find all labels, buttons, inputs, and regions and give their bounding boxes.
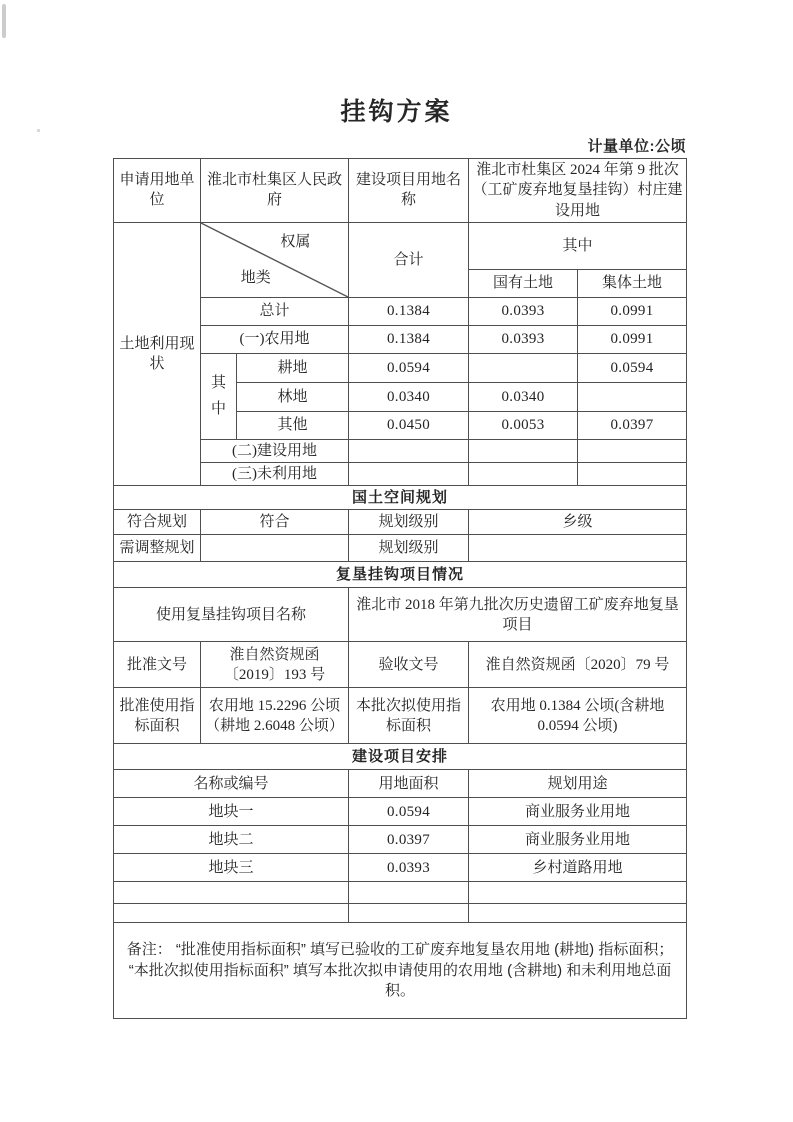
col-header-parcel-area: 用地面积 bbox=[349, 770, 469, 798]
value-total-state: 0.0393 bbox=[469, 297, 578, 325]
row-label-total: 总计 bbox=[201, 297, 349, 325]
col-header-total: 合计 bbox=[349, 222, 469, 297]
batch-area-value: 农用地 0.1384 公顷(含耕地 0.0594 公顷) bbox=[469, 688, 687, 744]
batch-area-label: 本批次拟使用指标面积 bbox=[349, 688, 469, 744]
project-name-value: 淮北市杜集区 2024 年第 9 批次（工矿废弃地复垦挂钩）村庄建设用地 bbox=[469, 159, 687, 223]
value-plan-level-2 bbox=[469, 535, 687, 562]
table-row: 地块一 0.0594 商业服务业用地 bbox=[114, 798, 687, 826]
table-row: 建设项目安排 bbox=[114, 744, 687, 770]
approved-area-value: 农用地 15.2296 公顷（耕地 2.6048 公顷） bbox=[201, 688, 349, 744]
project-name-label: 建设项目用地名称 bbox=[349, 159, 469, 223]
row-label-forest: 林地 bbox=[237, 382, 349, 411]
label-plan-level-1: 规划级别 bbox=[349, 510, 469, 535]
row-label-needs-adjustment: 需调整规划 bbox=[114, 535, 201, 562]
row-label-construction-land: (二)建设用地 bbox=[201, 439, 349, 462]
diagonal-label-ownership: 权属 bbox=[280, 232, 310, 252]
col-header-parcel-use: 规划用途 bbox=[469, 770, 687, 798]
parcel-2-use: 商业服务业用地 bbox=[469, 826, 687, 854]
table-row: 复垦挂钩项目情况 bbox=[114, 562, 687, 588]
land-use-section-label: 土地利用现状 bbox=[114, 222, 201, 486]
measurement-unit-note: 计量单位:公顷 bbox=[113, 135, 686, 156]
value-unused-sum bbox=[349, 463, 469, 486]
parcel-4-area bbox=[349, 882, 469, 904]
linkage-plan-table: 申请用地单位 淮北市杜集区人民政府 建设项目用地名称 淮北市杜集区 2024 年… bbox=[113, 158, 687, 1019]
applicant-value: 淮北市杜集区人民政府 bbox=[201, 159, 349, 223]
table-row bbox=[114, 882, 687, 904]
scan-artifact bbox=[37, 129, 40, 132]
parcel-2-area: 0.0397 bbox=[349, 826, 469, 854]
value-other-sum: 0.0450 bbox=[349, 411, 469, 439]
value-cultivated-state bbox=[469, 353, 578, 382]
row-label-unused-land: (三)未利用地 bbox=[201, 463, 349, 486]
label-plan-level-2: 规划级别 bbox=[349, 535, 469, 562]
section-title-spatial-planning: 国土空间规划 bbox=[114, 486, 687, 510]
parcel-4-name bbox=[114, 882, 349, 904]
row-label-other: 其他 bbox=[237, 411, 349, 439]
col-header-state-land: 国有土地 bbox=[469, 269, 578, 297]
value-unused-collective bbox=[578, 463, 687, 486]
remark-note: 备注： “批准使用指标面积” 填写已验收的工矿废弃地复垦农用地 (耕地) 指标面… bbox=[114, 923, 687, 1019]
scanned-document-page: 挂钩方案 计量单位:公顷 申请用地单位 淮北市杜集区人民政府 建设项目用地名称 … bbox=[0, 0, 793, 1122]
value-cultivated-collective: 0.0594 bbox=[578, 353, 687, 382]
table-row bbox=[114, 904, 687, 923]
value-agri-collective: 0.0991 bbox=[578, 325, 687, 353]
reclamation-project-name-value: 淮北市 2018 年第九批次历史遗留工矿废弃地复垦项目 bbox=[349, 588, 687, 642]
value-agri-sum: 0.1384 bbox=[349, 325, 469, 353]
table-row: 地块二 0.0397 商业服务业用地 bbox=[114, 826, 687, 854]
col-header-collective-land: 集体土地 bbox=[578, 269, 687, 297]
parcel-1-use: 商业服务业用地 bbox=[469, 798, 687, 826]
table-row: 使用复垦挂钩项目名称 淮北市 2018 年第九批次历史遗留工矿废弃地复垦项目 bbox=[114, 588, 687, 642]
value-conforms: 符合 bbox=[201, 510, 349, 535]
table-row: 土地利用现状 权属 地类 合计 其中 bbox=[114, 222, 687, 269]
value-construction-state bbox=[469, 439, 578, 462]
table-row: 地块三 0.0393 乡村道路用地 bbox=[114, 854, 687, 882]
col-header-among: 其中 bbox=[469, 222, 687, 269]
value-needs-adjustment bbox=[201, 535, 349, 562]
value-other-collective: 0.0397 bbox=[578, 411, 687, 439]
parcel-1-area: 0.0594 bbox=[349, 798, 469, 826]
scan-artifact bbox=[2, 4, 6, 38]
value-forest-sum: 0.0340 bbox=[349, 382, 469, 411]
parcel-1-name: 地块一 bbox=[114, 798, 349, 826]
table-row: 批准文号 淮自然资规函〔2019〕193 号 验收文号 淮自然资规函〔2020〕… bbox=[114, 642, 687, 688]
parcel-5-name bbox=[114, 904, 349, 923]
value-total-collective: 0.0991 bbox=[578, 297, 687, 325]
table-row: 名称或编号 用地面积 规划用途 bbox=[114, 770, 687, 798]
col-header-parcel-name: 名称或编号 bbox=[114, 770, 349, 798]
approval-doc-value: 淮自然资规函〔2019〕193 号 bbox=[201, 642, 349, 688]
row-label-conforms: 符合规划 bbox=[114, 510, 201, 535]
section-title-construction: 建设项目安排 bbox=[114, 744, 687, 770]
table-row: 国土空间规划 bbox=[114, 486, 687, 510]
page-title: 挂钩方案 bbox=[0, 92, 793, 128]
value-construction-sum bbox=[349, 439, 469, 462]
parcel-3-name: 地块三 bbox=[114, 854, 349, 882]
row-label-agricultural: (一)农用地 bbox=[201, 325, 349, 353]
parcel-5-area bbox=[349, 904, 469, 923]
value-forest-state: 0.0340 bbox=[469, 382, 578, 411]
table-row: 批准使用指标面积 农用地 15.2296 公顷（耕地 2.6048 公顷） 本批… bbox=[114, 688, 687, 744]
parcel-2-name: 地块二 bbox=[114, 826, 349, 854]
reclamation-project-name-label: 使用复垦挂钩项目名称 bbox=[114, 588, 349, 642]
parcel-5-use bbox=[469, 904, 687, 923]
value-forest-collective bbox=[578, 382, 687, 411]
parcel-3-area: 0.0393 bbox=[349, 854, 469, 882]
applicant-label: 申请用地单位 bbox=[114, 159, 201, 223]
diagonal-header-cell: 权属 地类 bbox=[201, 222, 349, 297]
value-unused-state bbox=[469, 463, 578, 486]
diagonal-line bbox=[201, 223, 348, 297]
row-label-cultivated: 耕地 bbox=[237, 353, 349, 382]
parcel-3-use: 乡村道路用地 bbox=[469, 854, 687, 882]
approved-area-label: 批准使用指标面积 bbox=[114, 688, 201, 744]
value-other-state: 0.0053 bbox=[469, 411, 578, 439]
diagonal-label-landtype: 地类 bbox=[241, 268, 271, 288]
value-plan-level-1: 乡级 bbox=[469, 510, 687, 535]
table-row: 符合规划 符合 规划级别 乡级 bbox=[114, 510, 687, 535]
value-total-sum: 0.1384 bbox=[349, 297, 469, 325]
section-title-reclamation: 复垦挂钩项目情况 bbox=[114, 562, 687, 588]
value-cultivated-sum: 0.0594 bbox=[349, 353, 469, 382]
parcel-4-use bbox=[469, 882, 687, 904]
among-vertical-label: 其中 bbox=[201, 353, 237, 439]
table-row: 需调整规划 规划级别 bbox=[114, 535, 687, 562]
value-agri-state: 0.0393 bbox=[469, 325, 578, 353]
table-row: 申请用地单位 淮北市杜集区人民政府 建设项目用地名称 淮北市杜集区 2024 年… bbox=[114, 159, 687, 223]
value-construction-collective bbox=[578, 439, 687, 462]
table-row: 备注： “批准使用指标面积” 填写已验收的工矿废弃地复垦农用地 (耕地) 指标面… bbox=[114, 923, 687, 1019]
approval-doc-label: 批准文号 bbox=[114, 642, 201, 688]
acceptance-doc-value: 淮自然资规函〔2020〕79 号 bbox=[469, 642, 687, 688]
acceptance-doc-label: 验收文号 bbox=[349, 642, 469, 688]
